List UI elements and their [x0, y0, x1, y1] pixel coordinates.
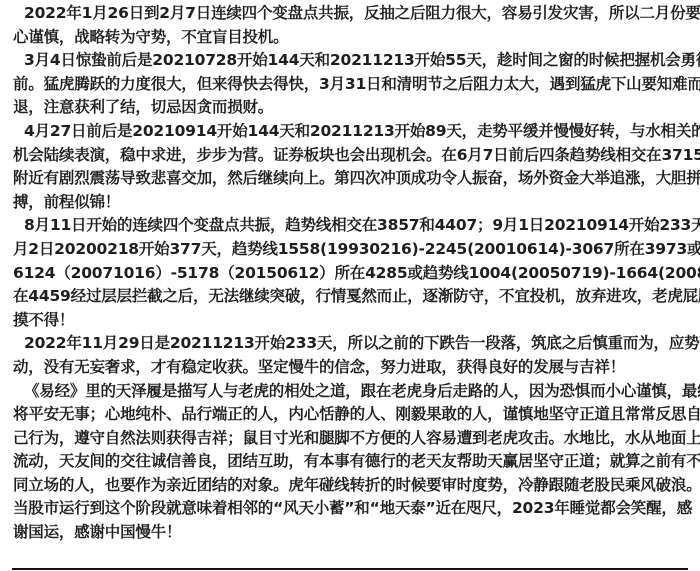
text-line: 谢国运，感谢中国慢牛！: [13, 521, 689, 545]
text-line: 附近有剧烈震荡导致悲喜交加，然后继续向上。第四次冲顶成功令人振奋，场外资金大举追…: [13, 167, 689, 191]
text-line: 流动，天友间的交往诚信善良，团结互助，有本事有德行的老天友帮助天赢居坚守正道；就…: [13, 450, 689, 474]
text-line: 6124（20071016）-5178（20150612）所在4285或趋势线1…: [13, 262, 689, 286]
text-line: 己行为，遵守自然法则获得吉祥；鼠目寸光和腿脚不方便的人容易遭到老虎攻击。水地比，…: [13, 427, 689, 451]
paragraph-february-outlook: 2022年1月26日到2月7日连续四个变盘点共振，反抽之后阻力很大，容易引发灾害…: [13, 2, 689, 49]
text-line: 4月27日前后是20210914开始144天和20211213开始89天，走势平…: [13, 120, 689, 144]
text-line: 《易经》里的天泽履是描写人与老虎的相处之道，跟在老虎身后走路的人，因为恐惧而小心…: [13, 380, 689, 404]
text-line: 8月11日开始的连续四个变盘点共振，趋势线相交在3857和4407；9月1日20…: [13, 214, 689, 238]
text-line: 将平安无事；心地纯朴、品行端正的人，内心恬静的人、刚毅果敢的人，谨慎地坚守正道且…: [13, 403, 689, 427]
text-line: 同立场的人，也要作为亲近团结的对象。虎年碰线转折的时候要审时度势，冷静跟随老股民…: [13, 474, 689, 498]
text-line: 在4459经过层层拦截之后，无法继续突破，行情戛然而止，逐渐防守，不宜投机，放弃…: [13, 285, 689, 309]
text-line: 2022年1月26日到2月7日连续四个变盘点共振，反抽之后阻力很大，容易引发灾害…: [13, 2, 689, 26]
text-line: 心谨慎，战略转为守势，不宜盲目投机。: [13, 26, 689, 50]
text-line: 机会陆续表演，稳中求进，步步为营。证券板块也会出现机会。在6月7日前后四条趋势线…: [13, 144, 689, 168]
text-line: 3月4日惊蛰前后是20210728开始144天和20211213开始55天，趁时…: [13, 49, 689, 73]
text-line: 2022年11月29日是20211213开始233天，所以之前的下跌告一段落，筑…: [13, 332, 689, 356]
text-line: 前。猛虎腾跃的力度很大，但来得快去得快，3月31日和清明节之后阻力太大，遇到猛虎…: [13, 73, 689, 97]
paragraph-november-outlook: 2022年11月29日是20211213开始233天，所以之前的下跌告一段落，筑…: [13, 332, 689, 379]
text-line: 搏，前程似锦！: [13, 191, 689, 215]
text-line: 摸不得！: [13, 309, 689, 333]
text-line: 当股市运行到这个阶段就意味着相邻的“风天小蓄”和“地天泰”近在咫尺，2023年睡…: [13, 497, 689, 521]
text-line: 动，没有无妄奢求，才有稳定收获。坚定慢牛的信念，努力进取，获得良好的发展与吉祥！: [13, 356, 689, 380]
paragraph-august-september-outlook: 8月11日开始的连续四个变盘点共振，趋势线相交在3857和4407；9月1日20…: [13, 214, 689, 332]
paragraph-conclusion: 当股市运行到这个阶段就意味着相邻的“风天小蓄”和“地天泰”近在咫尺，2023年睡…: [13, 497, 689, 544]
text-line: 月2日20200218开始377天，趋势线1558(19930216)-2245…: [13, 238, 689, 262]
paragraph-yijing-commentary: 《易经》里的天泽履是描写人与老虎的相处之道，跟在老虎身后走路的人，因为恐惧而小心…: [13, 380, 689, 498]
paragraph-march-outlook: 3月4日惊蛰前后是20210728开始144天和20211213开始55天，趁时…: [13, 49, 689, 120]
bottom-divider: [12, 568, 688, 570]
text-line: 退，注意获利了结，切忌因贪而损财。: [13, 96, 689, 120]
article-body: 2022年1月26日到2月7日连续四个变盘点共振，反抽之后阻力很大，容易引发灾害…: [13, 2, 689, 545]
paragraph-april-june-outlook: 4月27日前后是20210914开始144天和20211213开始89天，走势平…: [13, 120, 689, 214]
